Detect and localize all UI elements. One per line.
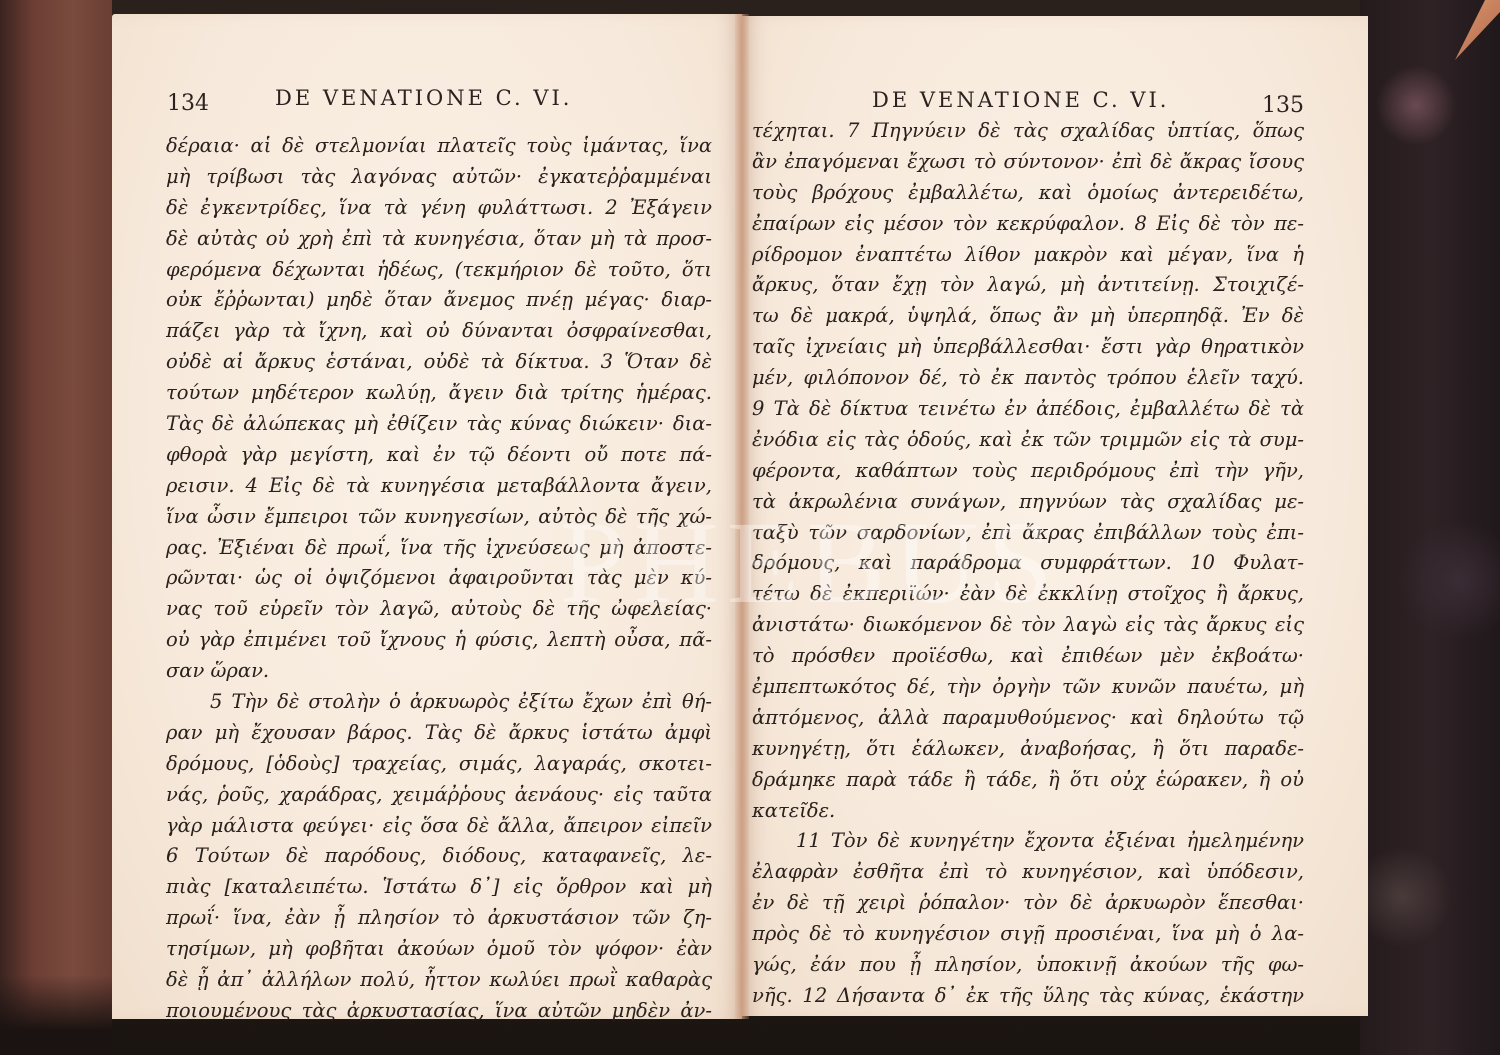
text-line: τὸ πρόσθεν προϊέσθω, καὶ ἐπιθέων μὲν ἐκβ… [752,641,1304,672]
text-line: τούτων μηδέτερον κωλύῃ, ἄγειν διὰ τρίτης… [166,378,712,409]
text-line: πρὸς δὲ τὸ κυνηγέσιον σιγῇ προσιέναι, ἵν… [752,919,1304,950]
text-line: δέραια· αἱ δὲ στελμονίαι πλατεῖς τοὺς ἱμ… [166,131,712,162]
text-line: πρωΐ· ἵνα, ἐὰν ᾖ πλησίον τὸ ἀρκυστάσιον … [166,903,712,934]
text-line: οὐ γὰρ ἐπιμένει τοῦ ἴχνους ἡ φύσις, λεπτ… [166,625,712,656]
text-line: ρῶνται· ὡς οἱ ὀψιζόμενοι ἀφαιροῦνται τὰς… [166,563,712,594]
book-gutter [735,14,749,1019]
right-cover-marbled [1360,0,1500,1055]
text-line: σαν ὥραν. [166,656,712,687]
text-line: ρεισιν. 4 Εἰς δὲ τὰ κυνηγέσια μεταβάλλον… [166,471,712,502]
text-line: φθορὰ γὰρ μεγίστη, καὶ ἐν τῷ δέοντι οὔ π… [166,440,712,471]
text-line: ἄρκυς, ὅταν ἔχῃ τὸν λαγώ, μὴ ἀντιτείνῃ. … [752,270,1304,301]
text-line: 5 Τὴν δὲ στολὴν ὁ ἀρκυωρὸς ἐξίτω ἔχων ἐπ… [166,687,712,718]
text-line: κυνηγέτῃ, ὅτι ἑάλωκεν, ἀναβοήσας, ἢ ὅτι … [752,734,1304,765]
text-line: δὲ αὐτὰς οὐ χρὴ ἐπὶ τὰ κυνηγέσια, ὅταν μ… [166,224,712,255]
text-line: ποιουμένους τὰς ἀρκυστασίας, ἵνα αὐτῶν μ… [166,996,712,1027]
running-head-right: DE VENATIONE C. VI. [872,88,1169,112]
text-line: μέν, φιλόπονον δέ, τὸ ἐκ παντὸς τρόπου ἑ… [752,363,1304,394]
text-line: μὴ τρίβωσι τὰς λαγόνας αὐτῶν· ἐγκατεῤῥαμ… [166,162,712,193]
text-line: ταξὺ τῶν σαρδονίων, ἐπὶ ἄκρας ἐπιβάλλων … [752,518,1304,549]
text-line: ἐμπεπτωκότος δέ, τὴν ὀργὴν τῶν κυνῶν παυ… [752,672,1304,703]
text-line: ἐν δὲ τῇ χειρὶ ῥόπαλον· τὸν δὲ ἀρκυωρὸν … [752,888,1304,919]
text-line: ἀνιστάτω· διωκόμενον δὲ τὸν λαγὼ εἰς τὰς… [752,610,1304,641]
text-line: ἐνόδια εἰς τὰς ὁδούς, καὶ ἐκ τῶν τριμμῶν… [752,425,1304,456]
text-line: δρόμους, καὶ παράδρομα συμφράττων. 10 Φυ… [752,548,1304,579]
text-line: τοὺς βρόχους ἐμβαλλέτω, καὶ ὁμοίως ἀντερ… [752,178,1304,209]
text-line: νάς, ῥοῦς, χαράδρας, χειμάῤῥους ἀενάους·… [166,780,712,811]
right-page-text: τέχηται. 7 Πηγνύειν δὲ τὰς σχαλίδας ὑπτί… [752,116,1304,1012]
text-line: νας τοῦ εὑρεῖν τὸν λαγῶ, αὐτοὺς δὲ τῆς ὠ… [166,594,712,625]
bookmark-ribbon [1450,0,1500,60]
text-line: πιὰς [καταλειπέτω. Ἱστάτω δ᾽] εἰς ὄρθρον… [166,872,712,903]
text-line: δρόμους, [ὁδοὺς] τραχείας, σιμάς, λαγαρά… [166,749,712,780]
text-line: δράμηκε παρὰ τάδε ἢ τάδε, ἢ ὅτι οὐχ ἑώρα… [752,765,1304,796]
text-line: ἂν ἐπαγόμεναι ἔχωσι τὸ σύντονον· ἐπὶ δὲ … [752,147,1304,178]
page-number-left: 134 [167,91,209,116]
text-line: τω δὲ μακρά, ὑψηλά, ὅπως ἂν μὴ ὑπερπηδᾷ.… [752,301,1304,332]
text-line: ταῖς ἰχνείαις μὴ ὑπερβάλλεσθαι· ἔστι γὰρ… [752,332,1304,363]
open-book-photo: 134 DE VENATIONE C. VI. δέραια· αἱ δὲ στ… [0,0,1500,1055]
text-line: πάζει γὰρ τὰ ἴχνη, καὶ οὐ δύνανται ὀσφρα… [166,316,712,347]
text-line: 6 Τούτων δὲ παρόδους, διόδους, καταφανεῖ… [166,841,712,872]
text-line: νῆς. 12 Δήσαντα δ᾽ ἐκ τῆς ὕλης τὰς κύνας… [752,981,1304,1012]
text-line: γώς, ἐάν που ᾖ πλησίον, ὑποκινῇ ἀκούων τ… [752,950,1304,981]
text-line: τέτω δὲ ἐκπεριϊών· ἐὰν δὲ ἐκκλίνῃ στοῖχο… [752,579,1304,610]
text-line: 11 Τὸν δὲ κυνηγέτην ἔχοντα ἐξιέναι ἠμελη… [752,826,1304,857]
text-line: Τὰς δὲ ἀλώπεκας μὴ ἐθίζειν τὰς κύνας διώ… [166,409,712,440]
text-line: τέχηται. 7 Πηγνύειν δὲ τὰς σχαλίδας ὑπτί… [752,116,1304,147]
text-line: οὐδὲ αἱ ἄρκυς ἑστάναι, οὐδὲ τὰ δίκτυα. 3… [166,347,712,378]
text-line: δὲ ᾖ ἀπ᾽ ἀλλήλων πολύ, ἧττον κωλύει πρωῒ… [166,965,712,996]
left-cover-binding [0,0,112,1055]
text-line: τησίμων, μὴ φοβῆται ἀκούων ὁμοῦ τὸν ψόφο… [166,934,712,965]
right-page: DE VENATIONE C. VI. 135 τέχηται. 7 Πηγνύ… [742,16,1368,1016]
text-line: ἐλαφρὰν ἐσθῆτα ἐπὶ τὸ κυνηγέσιον, καὶ ὑπ… [752,857,1304,888]
running-head-left: DE VENATIONE C. VI. [275,86,572,110]
text-line: ἐπαίρων εἰς μέσον τὸν κεκρύφαλον. 8 Εἰς … [752,209,1304,240]
text-line: ἵνα ὦσιν ἔμπειροι τῶν κυνηγεσίων, αὐτὸς … [166,502,712,533]
page-number-right: 135 [1262,93,1304,118]
left-page: 134 DE VENATIONE C. VI. δέραια· αἱ δὲ στ… [112,14,742,1019]
text-line: ρας. Ἐξιέναι δὲ πρωΐ, ἵνα τῆς ἰχνεύσεως … [166,533,712,564]
left-page-text: δέραια· αἱ δὲ στελμονίαι πλατεῖς τοὺς ἱμ… [166,131,712,1027]
text-line: τὰ ἀκρωλένια συνάγων, πηγνύων τὰς σχαλίδ… [752,487,1304,518]
text-line: κατεῖδε. [752,796,1304,827]
text-line: φερόμενα δέχωνται ἡδέως, (τεκμήριον δὲ τ… [166,255,712,286]
text-line: 9 Τὰ δὲ δίκτυα τεινέτω ἐν ἀπέδοις, ἐμβαλ… [752,394,1304,425]
text-line: ραν μὴ ἔχουσαν βάρος. Τὰς δὲ ἄρκυς ἱστάτ… [166,718,712,749]
text-line: φέροντα, καθάπτων τοὺς περιδρόμους ἐπὶ τ… [752,456,1304,487]
text-line: ρίδρομον ἐναπτέτω λίθον μακρὸν καὶ μέγαν… [752,240,1304,271]
text-line: ἁπτόμενος, ἀλλὰ παραμυθούμενος· καὶ δηλο… [752,703,1304,734]
text-line: γὰρ μάλιστα φεύγει· εἰς ὅσα δὲ ἄλλα, ἄπε… [166,811,712,842]
text-line: δὲ ἐγκεντρίδες, ἵνα τὰ γένη φυλάττωσι. 2… [166,193,712,224]
text-line: οὐκ ἔῤῥωνται) μηδὲ ὅταν ἄνεμος πνέῃ μέγα… [166,285,712,316]
